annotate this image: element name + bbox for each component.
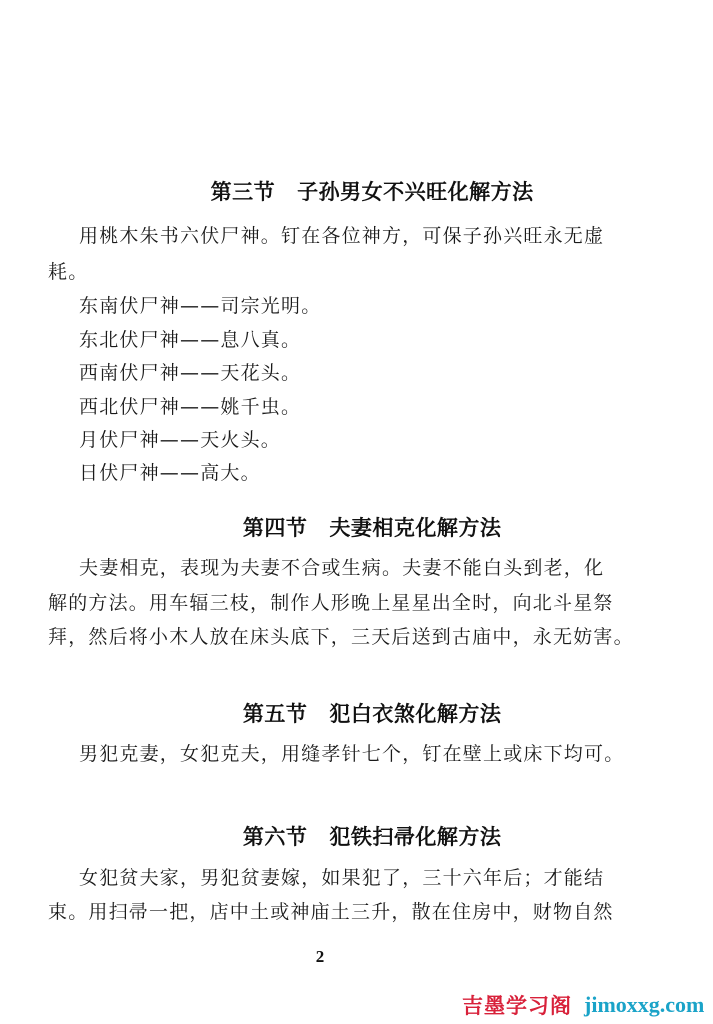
section-title: 犯白衣煞化解方法 xyxy=(329,702,501,726)
list-item: 日伏尸神——高大。 xyxy=(79,458,261,485)
paragraph-line: 男犯克妻，女犯克夫，用缝孝针七个，钉在壁上或床下均可。 xyxy=(79,739,624,766)
paragraph-line: 夫妻相克，表现为夫妻不合或生病。夫妻不能白头到老，化 xyxy=(79,553,604,580)
section-title: 子孙男女不兴旺化解方法 xyxy=(297,180,534,204)
paragraph-line: 女犯贫夫家，男犯贫妻嫁，如果犯了，三十六年后；才能结 xyxy=(79,863,604,890)
list-item: 东北伏尸神——息八真。 xyxy=(79,325,301,352)
list-item: 西南伏尸神——天花头。 xyxy=(79,358,301,385)
section-number: 第五节 xyxy=(243,702,308,726)
watermark: 吉墨学习阁 jimoxxg.com xyxy=(462,990,704,1020)
paragraph-line: 用桃木朱书六伏尸神。钉在各位神方，可保子孙兴旺永无虚 xyxy=(79,221,604,248)
paragraph-line: 解的方法。用车辐三枝，制作人形晚上星星出全时，向北斗星祭 xyxy=(48,588,614,615)
paragraph-line: 耗。 xyxy=(48,257,88,284)
list-item: 东南伏尸神——司宗光明。 xyxy=(79,291,321,318)
paragraph-line: 束。用扫帚一把，店中土或神庙土三升，散在住房中，财物自然 xyxy=(48,897,614,924)
list-item: 西北伏尸神——姚千虫。 xyxy=(79,392,301,419)
section-title: 犯铁扫帚化解方法 xyxy=(329,825,501,849)
section-number: 第四节 xyxy=(243,516,308,540)
page-number: 2 xyxy=(0,947,640,967)
watermark-url: jimoxxg.com xyxy=(584,992,704,1018)
section-number: 第六节 xyxy=(243,825,308,849)
paragraph-line: 拜，然后将小木人放在床头底下，三天后送到古庙中，永无妨害。 xyxy=(48,622,634,649)
section-title: 夫妻相克化解方法 xyxy=(329,516,501,540)
section-heading-3: 第三节子孙男女不兴旺化解方法 xyxy=(0,152,713,230)
document-page: 第三节子孙男女不兴旺化解方法 用桃木朱书六伏尸神。钉在各位神方，可保子孙兴旺永无… xyxy=(0,0,713,1024)
section-number: 第三节 xyxy=(211,180,276,204)
watermark-logo-text: 吉墨学习阁 xyxy=(462,990,572,1020)
list-item: 月伏尸神——天火头。 xyxy=(79,425,281,452)
